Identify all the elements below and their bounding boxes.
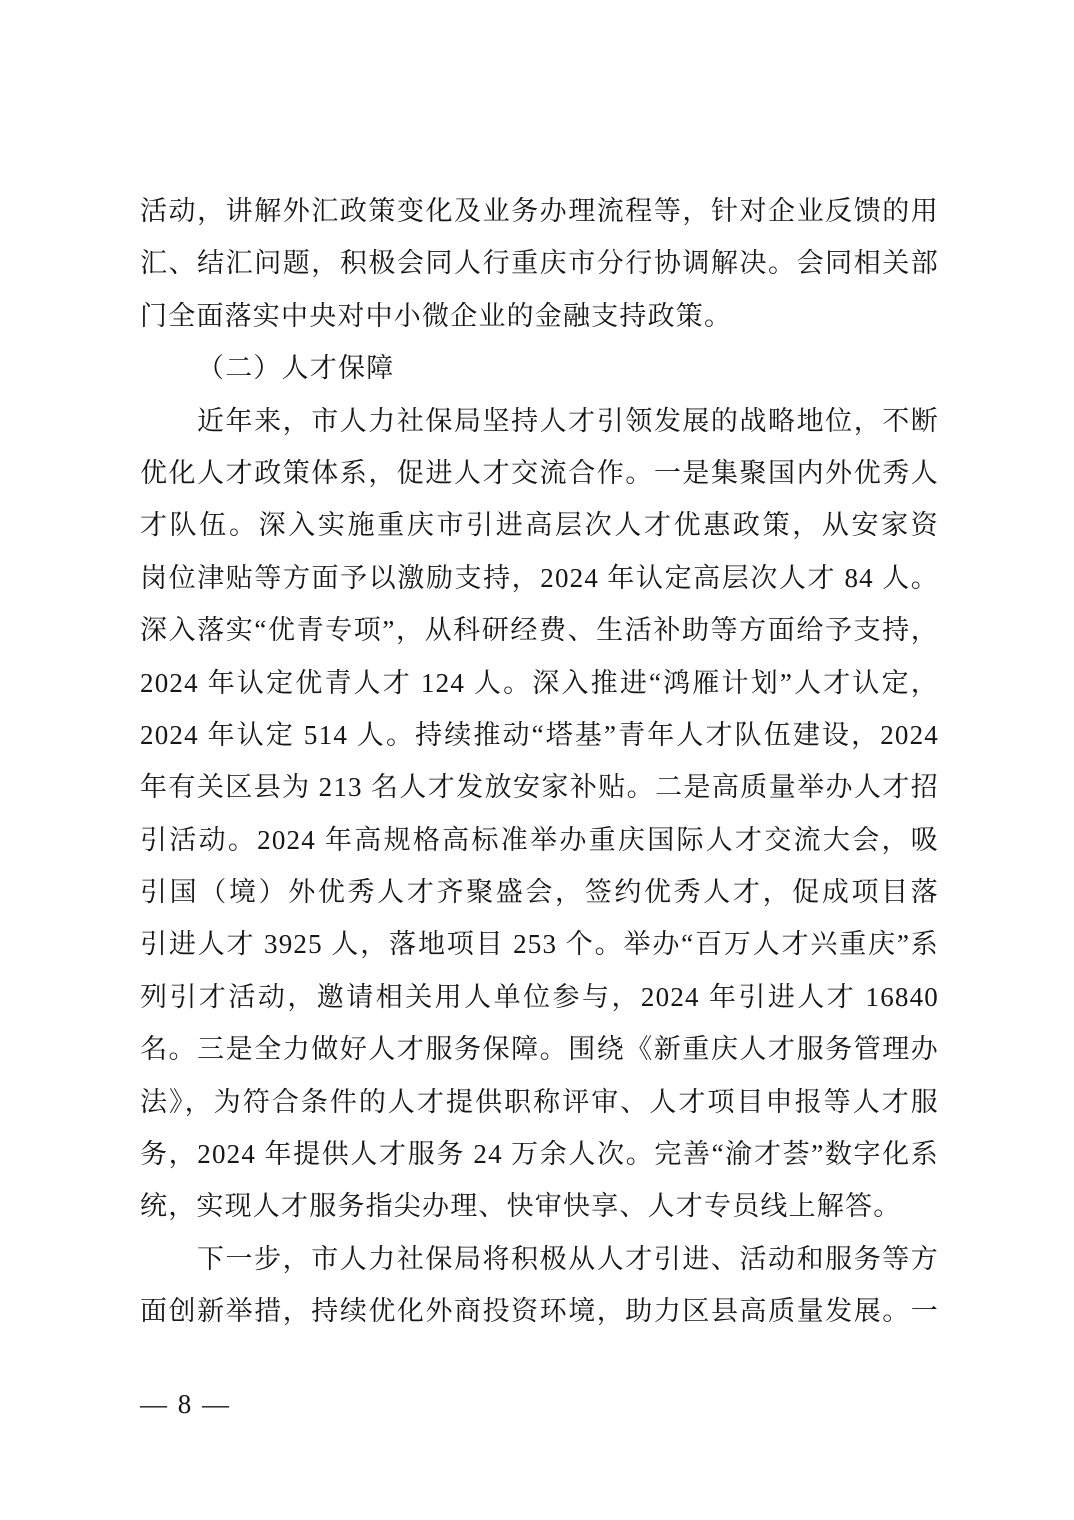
page-body: 活动，讲解外汇政策变化及业务办理流程等，针对企业反馈的用汇、结汇问题，积极会同人…	[140, 185, 939, 1338]
page-footer: — 8 —	[140, 1388, 231, 1420]
text-line: 门全面落实中央对中小微企业的金融支持政策。	[140, 290, 939, 342]
text-line: 统，实现人才服务指尖办理、快审快享、人才专员线上解答。	[140, 1180, 939, 1232]
text-line: 引国（境）外优秀人才齐聚盛会，签约优秀人才，促成项目落地，	[140, 866, 939, 918]
text-line: 引活动。2024 年高规格高标准举办重庆国际人才交流大会，吸	[140, 814, 939, 866]
text-line: 列引才活动，邀请相关用人单位参与，2024 年引进人才 16840	[140, 971, 939, 1023]
document-page: 活动，讲解外汇政策变化及业务办理流程等，针对企业反馈的用汇、结汇问题，积极会同人…	[0, 0, 1074, 1520]
text-line: 名。三是全力做好人才服务保障。围绕《新重庆人才服务管理办	[140, 1023, 939, 1075]
text-line: 优化人才政策体系，促进人才交流合作。一是集聚国内外优秀人	[140, 447, 939, 499]
text-line: 汇、结汇问题，积极会同人行重庆市分行协调解决。会同相关部	[140, 237, 939, 289]
text-line: 岗位津贴等方面予以激励支持，2024 年认定高层次人才 84 人。	[140, 552, 939, 604]
text-line: 2024 年认定 514 人。持续推动“塔基”青年人才队伍建设，2024	[140, 709, 939, 761]
text-line: 才队伍。深入实施重庆市引进高层次人才优惠政策，从安家资助、	[140, 499, 939, 551]
text-line: 年有关区县为 213 名人才发放安家补贴。二是高质量举办人才招	[140, 761, 939, 813]
text-line: 法》，为符合条件的人才提供职称评审、人才项目申报等人才服	[140, 1076, 939, 1128]
text-line: 务，2024 年提供人才服务 24 万余人次。完善“渝才荟”数字化系	[140, 1128, 939, 1180]
section-heading: （二）人才保障	[140, 342, 939, 394]
text-line: 近年来，市人力社保局坚持人才引领发展的战略地位，不断	[140, 395, 939, 447]
text-line: 引进人才 3925 人，落地项目 253 个。举办“百万人才兴重庆”系	[140, 918, 939, 970]
text-line: 活动，讲解外汇政策变化及业务办理流程等，针对企业反馈的用	[140, 185, 939, 237]
text-line: 面创新举措，持续优化外商投资环境，助力区县高质量发展。一	[140, 1285, 939, 1337]
text-line: 深入落实“优青专项”，从科研经费、生活补助等方面给予支持，	[140, 604, 939, 656]
page-number: — 8 —	[140, 1389, 231, 1419]
text-line: 2024 年认定优青人才 124 人。深入推进“鸿雁计划”人才认定，	[140, 657, 939, 709]
text-line: 下一步，市人力社保局将积极从人才引进、活动和服务等方	[140, 1233, 939, 1285]
